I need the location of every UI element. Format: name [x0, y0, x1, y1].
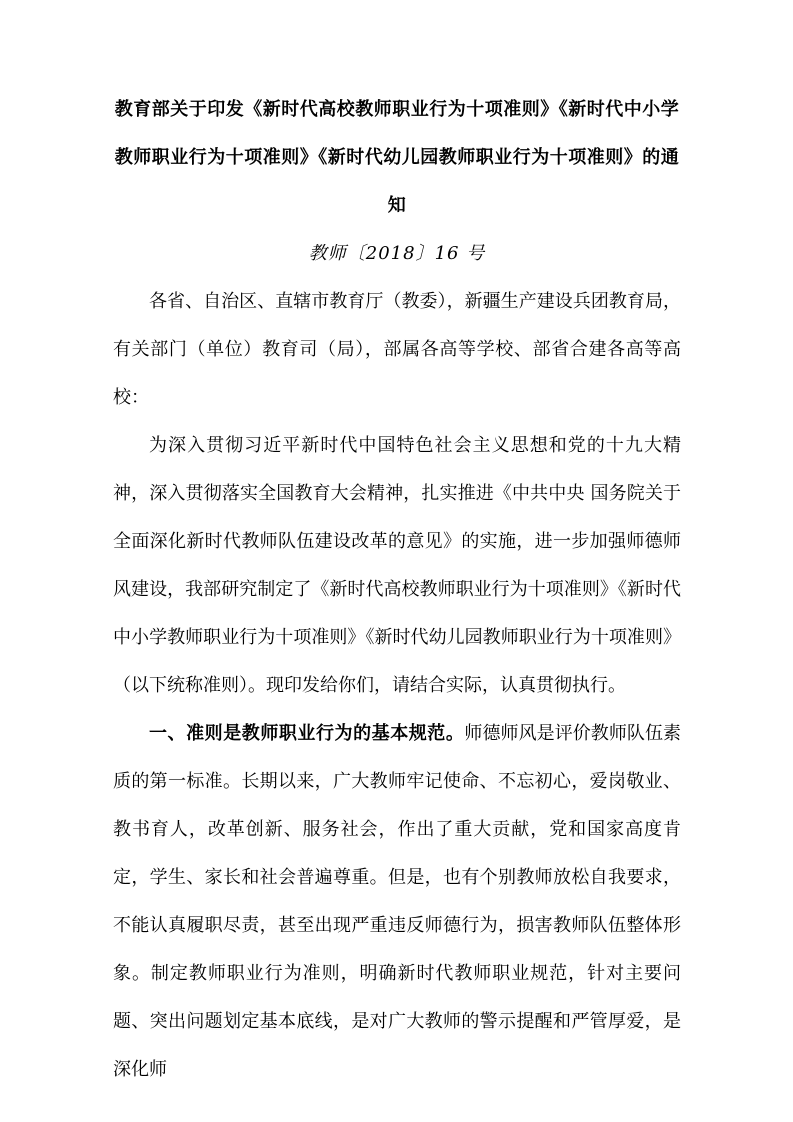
document-page: 教育部关于印发《新时代高校教师职业行为十项准则》《新时代中小学教师职业行为十项准…: [0, 0, 793, 1122]
document-number: 教师〔2018〕16 号: [113, 230, 681, 278]
section-1-heading: 一、准则是教师职业行为的基本规范。: [149, 723, 464, 744]
salutation-paragraph: 各省、自治区、直辖市教育厅（教委），新疆生产建设兵团教育局，有关部门（单位）教育…: [113, 278, 681, 422]
intro-paragraph: 为深入贯彻习近平新时代中国特色社会主义思想和党的十九大精神，深入贯彻落实全国教育…: [113, 422, 681, 710]
section-1-text: 师德师风是评价教师队伍素质的第一标准。长期以来，广大教师牢记使命、不忘初心，爱岗…: [113, 723, 681, 1080]
section-1-paragraph: 一、准则是教师职业行为的基本规范。师德师风是评价教师队伍素质的第一标准。长期以来…: [113, 710, 681, 1094]
document-title: 教育部关于印发《新时代高校教师职业行为十项准则》《新时代中小学教师职业行为十项准…: [113, 86, 681, 230]
